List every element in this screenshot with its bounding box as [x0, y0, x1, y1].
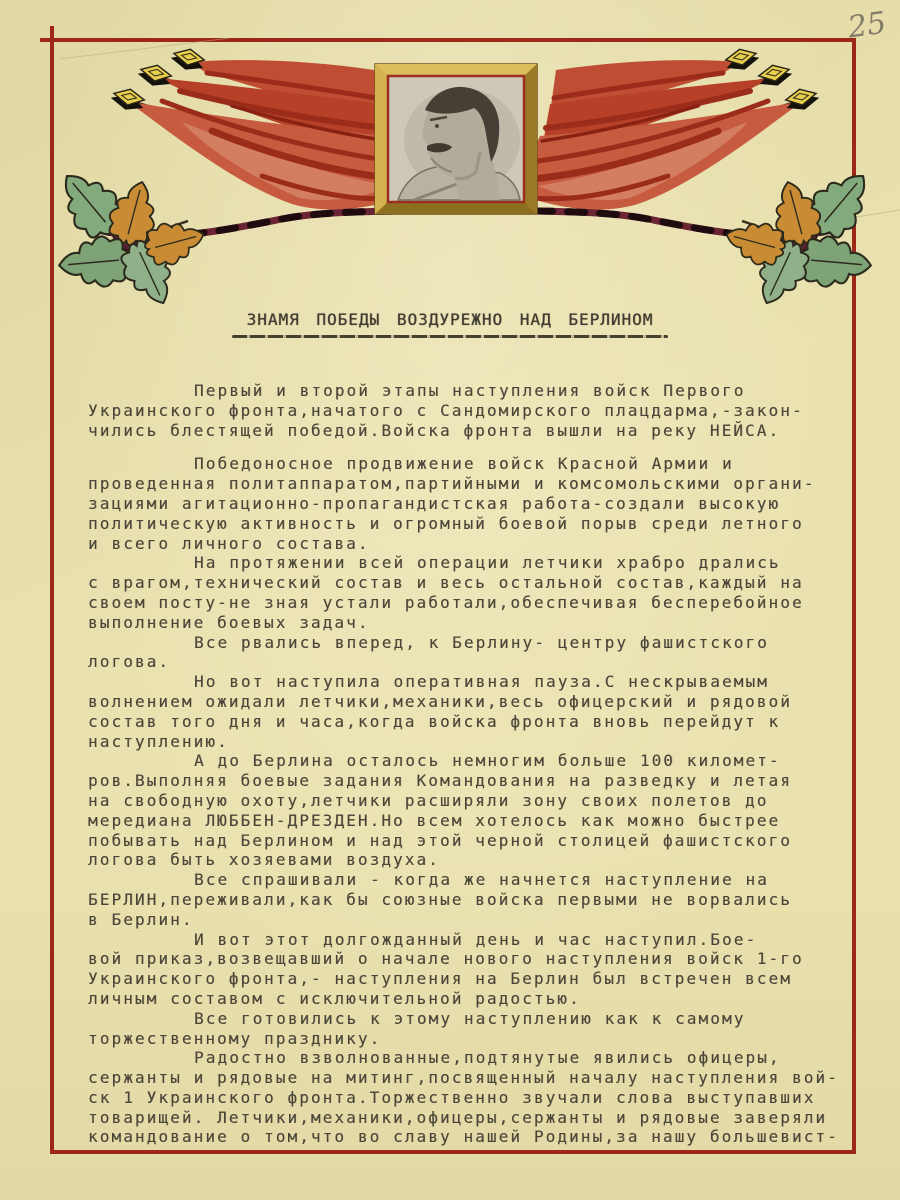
- text-line: Все готовились к этому наступлению как к…: [88, 1009, 860, 1029]
- paragraph: Все рвались вперед, к Берлину- центру фа…: [88, 633, 860, 673]
- text-line: торжественному празднику.: [88, 1029, 860, 1049]
- text-line: И вот этот долгожданный день и час насту…: [88, 930, 860, 950]
- text-line: волнением ожидали летчики,механики,весь …: [88, 692, 860, 712]
- text-line: в Берлин.: [88, 910, 860, 930]
- document-page: 25: [0, 0, 900, 1200]
- paragraph: Победоносное продвижение войск Красной А…: [88, 454, 860, 553]
- paragraph: Первый и второй этапы наступления войск …: [88, 381, 860, 440]
- text-line: состав того дня и часа,когда войска фрон…: [88, 712, 860, 732]
- text-line: наступлению.: [88, 732, 860, 752]
- text-line: побывать над Берлином и над этой черной …: [88, 831, 860, 851]
- document-title: ЗНАМЯ ПОБЕДЫ ВОЗДУРЕЖНО НАД БЕРЛИНОМ: [247, 310, 654, 329]
- text-line: Но вот наступила оперативная пауза.С нес…: [88, 672, 860, 692]
- text-line: На протяжении всей операции летчики храб…: [88, 553, 860, 573]
- text-line: ск 1 Украинского фронта.Торжественно зву…: [88, 1088, 860, 1108]
- text-line: зациями агитационно-пропагандистская раб…: [88, 494, 860, 514]
- text-line: А до Берлина осталось немногим больше 10…: [88, 751, 860, 771]
- text-line: Все спрашивали - когда же начнется насту…: [88, 870, 860, 890]
- text-line: Победоносное продвижение войск Красной А…: [88, 454, 860, 474]
- text-line: мередиана ЛЮББЕН-ДРЕЗДЕН.Но всем хотелос…: [88, 811, 860, 831]
- text-line: логова быть хозяевами воздуха.: [88, 850, 860, 870]
- text-line: Радостно взволнованные,подтянутые явилис…: [88, 1048, 860, 1068]
- paragraph: Но вот наступила оперативная пауза.С нес…: [88, 672, 860, 751]
- text-line: и всего личного состава.: [88, 534, 860, 554]
- title-underline: [232, 335, 668, 338]
- document-body: Первый и второй этапы наступления войск …: [88, 381, 860, 1147]
- paragraph: Все готовились к этому наступлению как к…: [88, 1009, 860, 1049]
- text-line: политическую активность и огромный боево…: [88, 514, 860, 534]
- text-line: с врагом,технический состав и весь остал…: [88, 573, 860, 593]
- text-line: выполнение боевых задач.: [88, 613, 860, 633]
- text-line: чились блестящей победой.Войска фронта в…: [88, 421, 860, 441]
- text-line: проведенная политаппаратом,партийными и …: [88, 474, 860, 494]
- header-decoration: [0, 0, 900, 310]
- paragraph: Все спрашивали - когда же начнется насту…: [88, 870, 860, 929]
- title-block: ЗНАМЯ ПОБЕДЫ ВОЗДУРЕЖНО НАД БЕРЛИНОМ: [0, 310, 900, 338]
- paragraph: И вот этот долгожданный день и час насту…: [88, 930, 860, 1009]
- text-line: вой приказ,возвещавший о начале нового н…: [88, 949, 860, 969]
- text-line: БЕРЛИН,переживали,как бы союзные войска …: [88, 890, 860, 910]
- stalin-portrait: [375, 64, 537, 214]
- text-line: логова.: [88, 652, 860, 672]
- text-line: Украинского фронта,- наступления на Берл…: [88, 969, 860, 989]
- text-line: своем посту-не зная устали работали,обес…: [88, 593, 860, 613]
- paragraph: На протяжении всей операции летчики храб…: [88, 553, 860, 632]
- text-line: командование о том,что во славу нашей Ро…: [88, 1127, 860, 1147]
- text-line: на свободную охоту,летчики расширяли зон…: [88, 791, 860, 811]
- text-line: Все рвались вперед, к Берлину- центру фа…: [88, 633, 860, 653]
- text-line: сержанты и рядовые на митинг,посвященный…: [88, 1068, 860, 1088]
- text-line: Первый и второй этапы наступления войск …: [88, 381, 860, 401]
- text-line: ров.Выполняя боевые задания Командования…: [88, 771, 860, 791]
- paragraph: Радостно взволнованные,подтянутые явилис…: [88, 1048, 860, 1147]
- text-line: личным составом с исключительной радость…: [88, 989, 860, 1009]
- text-line: Украинского фронта,начатого с Сандомирск…: [88, 401, 860, 421]
- paragraph: А до Берлина осталось немногим больше 10…: [88, 751, 860, 870]
- text-line: товарищей. Летчики,механики,офицеры,серж…: [88, 1108, 860, 1128]
